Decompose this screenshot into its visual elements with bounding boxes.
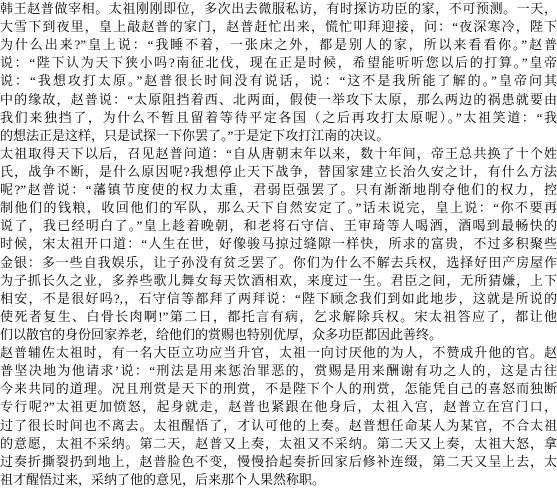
text-line: 赵普辅佐太祖时，有一名大臣立功应当升官，太祖一向讨厌他的为人，不赞成升他的官。赵 — [0, 344, 557, 362]
text-line: 太祖取得天下以后，召见赵普问道：“自从唐朝末年以来，数十年间，帝王总共换了十个姓 — [0, 145, 557, 163]
text-page: 韩王赵普做宰相。太祖刚刚即位，多次出去微服私访，有时探访功臣的家，不可预测。一天… — [0, 0, 557, 489]
text-line: 相安，不是很好吗?,，石守信等都拜了两拜说：“陛下顾念我们到如此地步，这就是所说… — [0, 290, 557, 308]
text-line: 今来共同的道理。况且刑赏是天下的刑赏，不是陛下个人的刑赏，怎能凭自己的喜怒而独断 — [0, 380, 557, 398]
text-line: 为什么出来?”皇上说：“我睡不着，一张床之外，都是别人的家，所以来看看你。”赵普 — [0, 36, 557, 54]
text-line: 们以散官的身份回家养老，给他们的赏赐也特别优厚，众多功臣都因此善终。 — [0, 326, 557, 344]
text-line: 呢?”赵普说：“藩镇节度使的权力太重，君弱臣强罢了。只有渐渐地削夺他们的权力，控 — [0, 181, 557, 199]
text-line: 韩王赵普做宰相。太祖刚刚即位，多次出去微服私访，有时探访功臣的家，不可预测。一天… — [0, 0, 557, 18]
text-line: 我们来独挡了，为什么不暂且留着等待平定各国（之后再攻打太原呢）。”太祖笑道：“我 — [0, 109, 557, 127]
paragraph-zhaopu-visit: 韩王赵普做宰相。太祖刚刚即位，多次出去微服私访，有时探访功臣的家，不可预测。一天… — [0, 0, 557, 145]
text-line: 普坚决地为他请求’说：“刑法是用来惩治罪恶的，赏赐是用来酬谢有功之人的，这是古往 — [0, 362, 557, 380]
text-line: 中的缘故，赵普说：“太原阻挡着西、北两面，假使一举攻下太原，那么两边的祸患就要由 — [0, 91, 557, 109]
text-line: 的想法正是这样，只是试探一下你罢了。”于是定下攻打江南的决议。 — [0, 127, 557, 145]
text-line: 过了很长时间也不离去。太祖醒悟了，才认可他的上奏。赵普想任命某人为某官，不合太祖 — [0, 417, 557, 435]
text-line: 说了，我已经明白了。”皇上趁着晚朝，和老将石守信、王审琦等人喝酒，酒喝到最畅快的 — [0, 217, 557, 235]
text-line: 为子抓长久之业，多养些歌儿舞女每天饮酒相欢，来度过一生。君臣之间，无所猜嫌，上下 — [0, 272, 557, 290]
text-line: 说：“陛下认为天下狭小吗?南征北伐，现在正是时候，希望能听听您以后的打算。”皇帝 — [0, 54, 557, 72]
text-line: 说：“我想攻打太原。”赵普很长时间没有说话，说：“这不是我所能了解的。”皇帝问其 — [0, 72, 557, 90]
text-line: 金银：多一些自我娱乐，让子孙没有贫乏罢了。你们为什么不解去兵权，选择好田产房屋作 — [0, 254, 557, 272]
text-line: 过奏折撕裂扔到地上，赵普脸色不变，慢慢拾起奏折回家后修补连缀，第二天又呈上去，太 — [0, 453, 557, 471]
text-line: 的意愿，太祖不采纳。第二天，赵普又上奏，太祖又不采纳。第二天又上奏，太祖大怒，拿 — [0, 435, 557, 453]
paragraph-military-power: 太祖取得天下以后，召见赵普问道：“自从唐朝末年以来，数十年间，帝王总共换了十个姓… — [0, 145, 557, 344]
text-line: 使死者复生、白骨长肉啊!”第二日，都托言有病，乞求解除兵权。宋太祖答应了，都让他 — [0, 308, 557, 326]
text-line: 氏，战争不断，是什么原因呢?我想停止天下战争，替国家建立长治久安之计，有什么方法 — [0, 163, 557, 181]
text-line: 制他们的钱粮，收回他们的军队，那么天下自然安定了。”话未说完，皇上说：“你不要再 — [0, 199, 557, 217]
text-line: 时候，宋太祖开口道：“人生在世，好像骏马掠过缝隙一样快，所求的富贵，不过多积聚些 — [0, 235, 557, 253]
paragraph-memorial-persistence: 赵普辅佐太祖时，有一名大臣立功应当升官，太祖一向讨厌他的为人，不赞成升他的官。赵… — [0, 344, 557, 489]
text-line: 祖才醒悟过来，采纳了他的意见，后来那个人果然称职。 — [0, 471, 557, 489]
text-line: 专行呢?”太祖更加愤怒，起身就走，赵普也紧跟在他身后，太祖入宫，赵普立在宫门口， — [0, 398, 557, 416]
text-line: 大雪下到夜里，皇上敲赵普的家门，赵普赶忙出来，慌忙叩拜迎接，问：“夜深寒冷，陛下 — [0, 18, 557, 36]
